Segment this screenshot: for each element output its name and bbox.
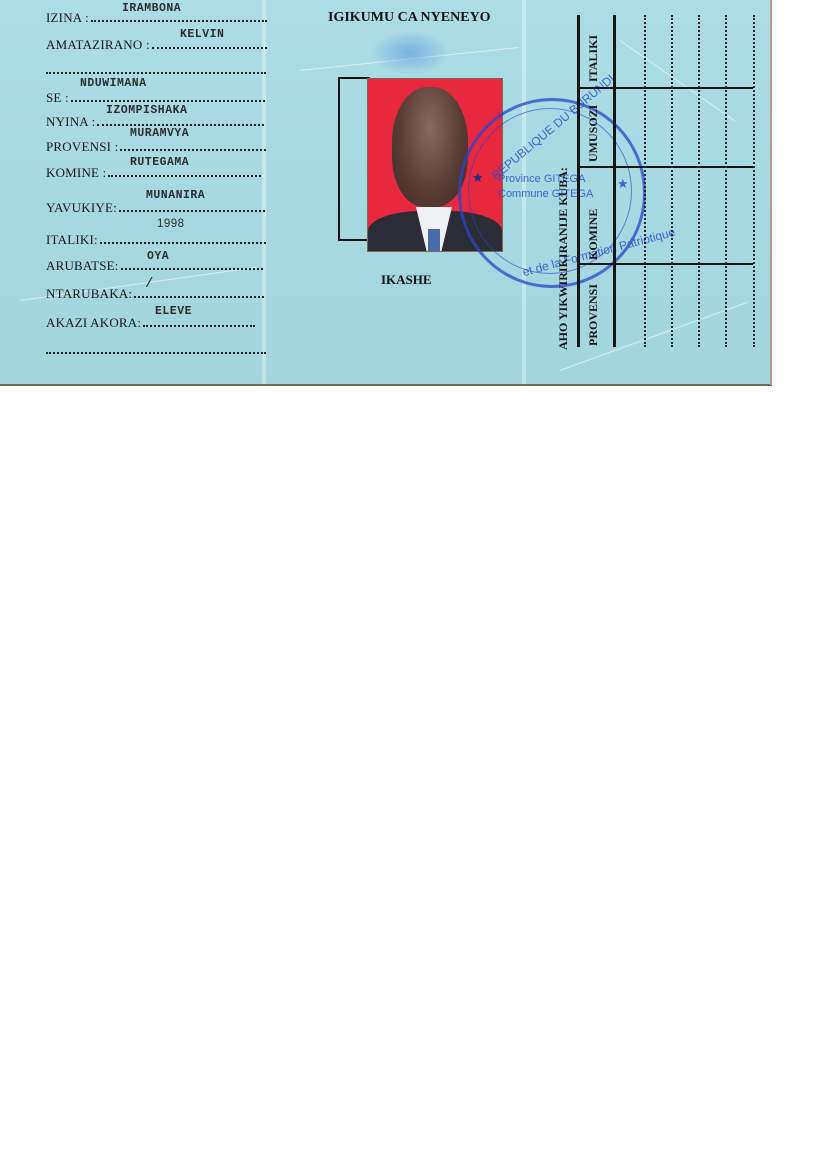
value-komine: RUTEGAMA [130, 156, 189, 169]
value-provensi: MURAMVYA [130, 127, 189, 140]
table-heading: AHO YIKWIRIKIRANIJE KUBA: [556, 80, 571, 350]
value-arubatse: OYA [147, 250, 169, 263]
table-dotted-line [644, 15, 646, 347]
table-column-umusozi: UMUSOZI [586, 92, 601, 162]
table-column-komine: KOMINE [586, 180, 601, 260]
stamp-line-province: Province GITEGA [498, 173, 585, 185]
value-nyina: IZOMPISHAKA [106, 104, 187, 117]
page-title: IGIKUMU CA NYENEYO [328, 10, 491, 26]
identity-card: IZINA : IRAMBONA AMATAZIRANO : KELVIN SE… [0, 0, 772, 386]
value-ntarubaka: / [145, 276, 154, 292]
photo-caption: IKASHE [381, 272, 432, 288]
table-border [577, 15, 580, 347]
field-blank-2 [46, 342, 266, 358]
value-izina: IRAMBONA [122, 2, 181, 15]
value-yavukiye: MUNANIRA [146, 189, 205, 202]
value-akazi-akora: ELEVE [155, 305, 192, 318]
table-column-provensi: PROVENSI [586, 268, 601, 346]
table-dotted-line [671, 15, 673, 347]
table-dotted-line [725, 15, 727, 347]
table-border [613, 15, 616, 347]
field-italiki: ITALIKI: [46, 232, 266, 248]
value-italiki: 1998 [157, 218, 185, 230]
field-ntarubaka: NTARUBAKA: [46, 286, 264, 302]
star-icon: ★ [617, 176, 629, 192]
field-amatazirano: AMATAZIRANO : [46, 37, 267, 53]
value-amatazirano: KELVIN [180, 28, 224, 41]
table-dotted-line [698, 15, 700, 347]
value-se: NDUWIMANA [80, 77, 147, 90]
fingerprint-box [338, 77, 370, 241]
card-crease [620, 40, 735, 121]
table-dotted-line [753, 15, 755, 347]
field-akazi-akora: AKAZI AKORA: [46, 315, 255, 331]
star-icon: ★ [472, 170, 484, 186]
field-provensi: PROVENSI : [46, 139, 266, 155]
field-yavukiye: YAVUKIYE: [46, 200, 265, 216]
field-blank-1 [46, 62, 266, 78]
table-column-italiki: ITALIKI [586, 22, 601, 82]
card-fold [262, 0, 266, 384]
ink-smudge [370, 30, 450, 75]
